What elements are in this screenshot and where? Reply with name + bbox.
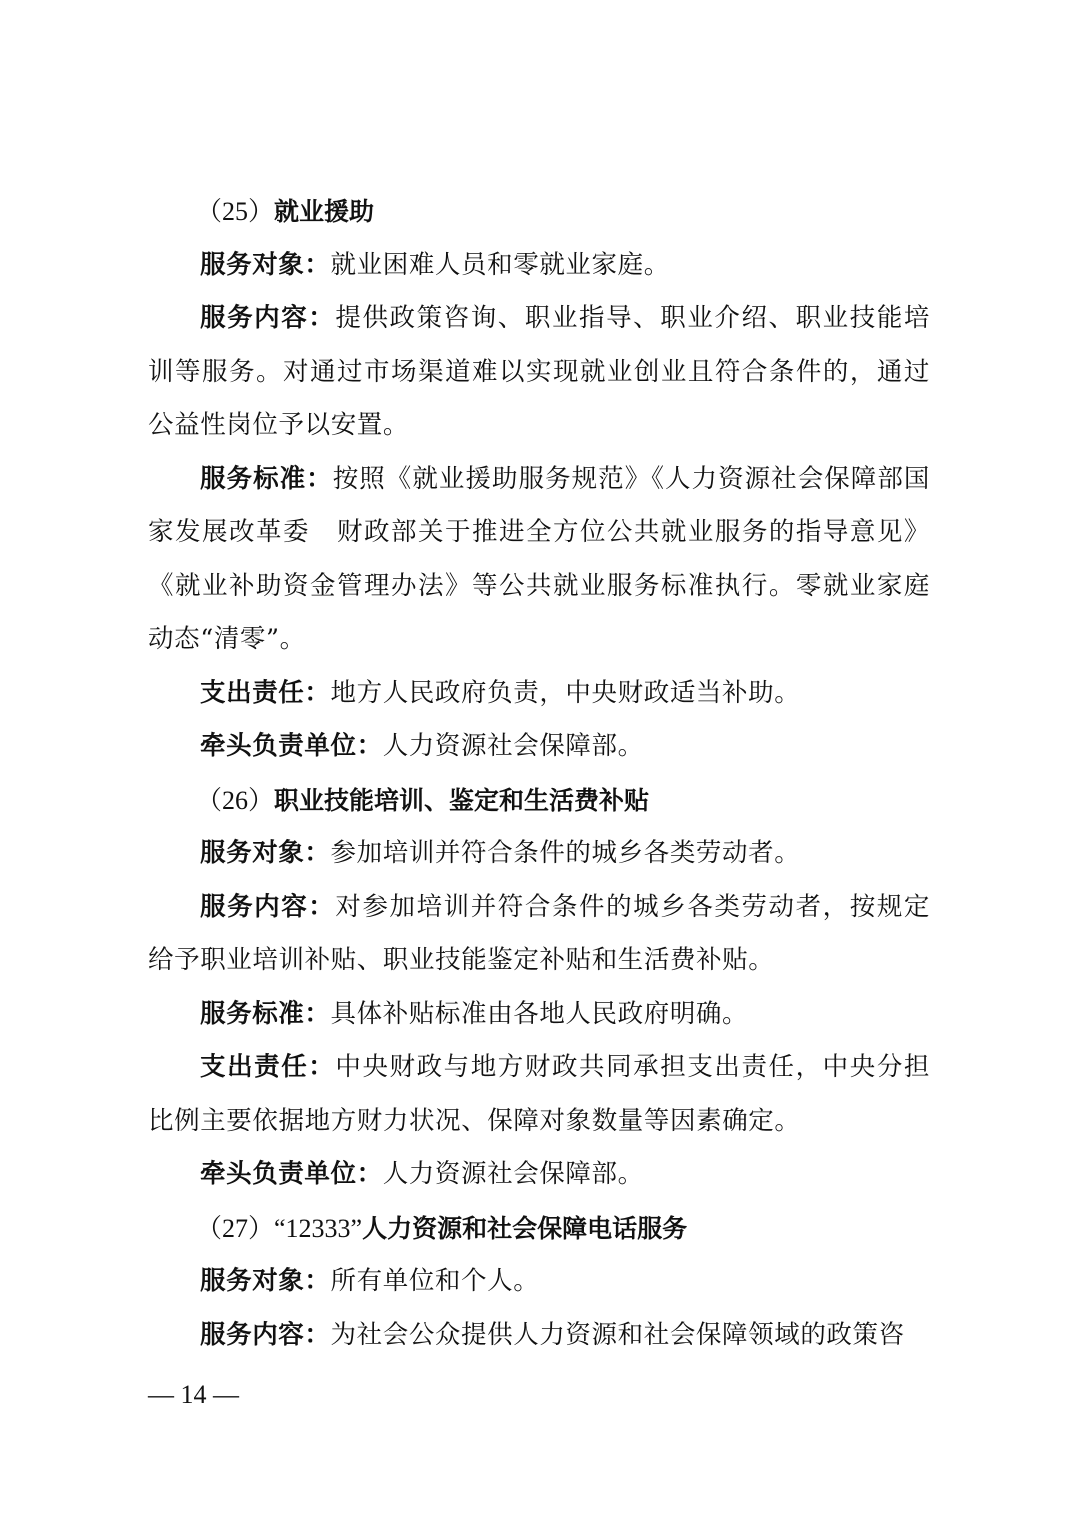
field-label: 服务内容： [200,1320,331,1350]
paragraph: 支出责任：中央财政与地方财政共同承担支出责任，中央分担比例主要依据地方财力状况、… [148,1041,930,1148]
page-number: — 14 — [148,1380,239,1410]
paragraph: 服务对象：参加培训并符合条件的城乡各类劳动者。 [148,827,930,881]
section-title: 职业技能培训、鉴定和生活费补贴 [274,786,649,815]
field-label: 支出责任： [200,1052,335,1082]
paragraph: 服务对象：所有单位和个人。 [148,1255,930,1309]
section-heading-27: （27）“12333”人力资源和社会保障电话服务 [148,1202,930,1256]
field-label: 服务标准： [200,464,333,494]
section-heading-25: （25）就业援助 [148,185,930,239]
field-label: 服务标准： [200,999,331,1029]
section-title: 人力资源和社会保障电话服务 [362,1214,687,1243]
field-text: 就业困难人员和零就业家庭。 [331,250,670,280]
section-number: （26） [196,786,274,815]
paragraph: 服务标准：具体补贴标准由各地人民政府明确。 [148,988,930,1042]
field-text: 所有单位和个人。 [331,1266,540,1296]
section-number: （25） [196,197,274,226]
document-page: （25）就业援助 服务对象：就业困难人员和零就业家庭。 服务内容：提供政策咨询、… [148,185,930,1362]
field-label: 支出责任： [200,678,331,708]
field-label: 服务内容： [200,892,335,922]
field-label: 服务内容： [200,303,335,333]
section-number: （27）“12333” [196,1214,362,1243]
paragraph: 服务内容：提供政策咨询、职业指导、职业介绍、职业技能培训等服务。对通过市场渠道难… [148,292,930,453]
field-text: 参加培训并符合条件的城乡各类劳动者。 [331,838,801,868]
field-label: 牵头负责单位： [200,1159,383,1189]
field-text: 人力资源社会保障部。 [383,731,644,761]
section-heading-26: （26）职业技能培训、鉴定和生活费补贴 [148,774,930,828]
field-label: 服务对象： [200,1266,331,1296]
field-text: 为社会公众提供人力资源和社会保障领域的政策咨 [331,1320,905,1350]
section-title: 就业援助 [274,197,374,226]
field-text: 具体补贴标准由各地人民政府明确。 [331,999,749,1029]
paragraph: 牵头负责单位：人力资源社会保障部。 [148,1148,930,1202]
paragraph: 服务内容：为社会公众提供人力资源和社会保障领域的政策咨 [148,1309,930,1363]
paragraph: 服务标准：按照《就业援助服务规范》《人力资源社会保障部国家发展改革委 财政部关于… [148,453,930,667]
paragraph: 服务对象：就业困难人员和零就业家庭。 [148,239,930,293]
paragraph: 牵头负责单位：人力资源社会保障部。 [148,720,930,774]
field-label: 服务对象： [200,838,331,868]
field-text: 地方人民政府负责，中央财政适当补助。 [331,678,801,708]
paragraph: 服务内容：对参加培训并符合条件的城乡各类劳动者，按规定给予职业培训补贴、职业技能… [148,881,930,988]
field-label: 服务对象： [200,250,331,280]
field-text: 人力资源社会保障部。 [383,1159,644,1189]
field-label: 牵头负责单位： [200,731,383,761]
paragraph: 支出责任：地方人民政府负责，中央财政适当补助。 [148,667,930,721]
